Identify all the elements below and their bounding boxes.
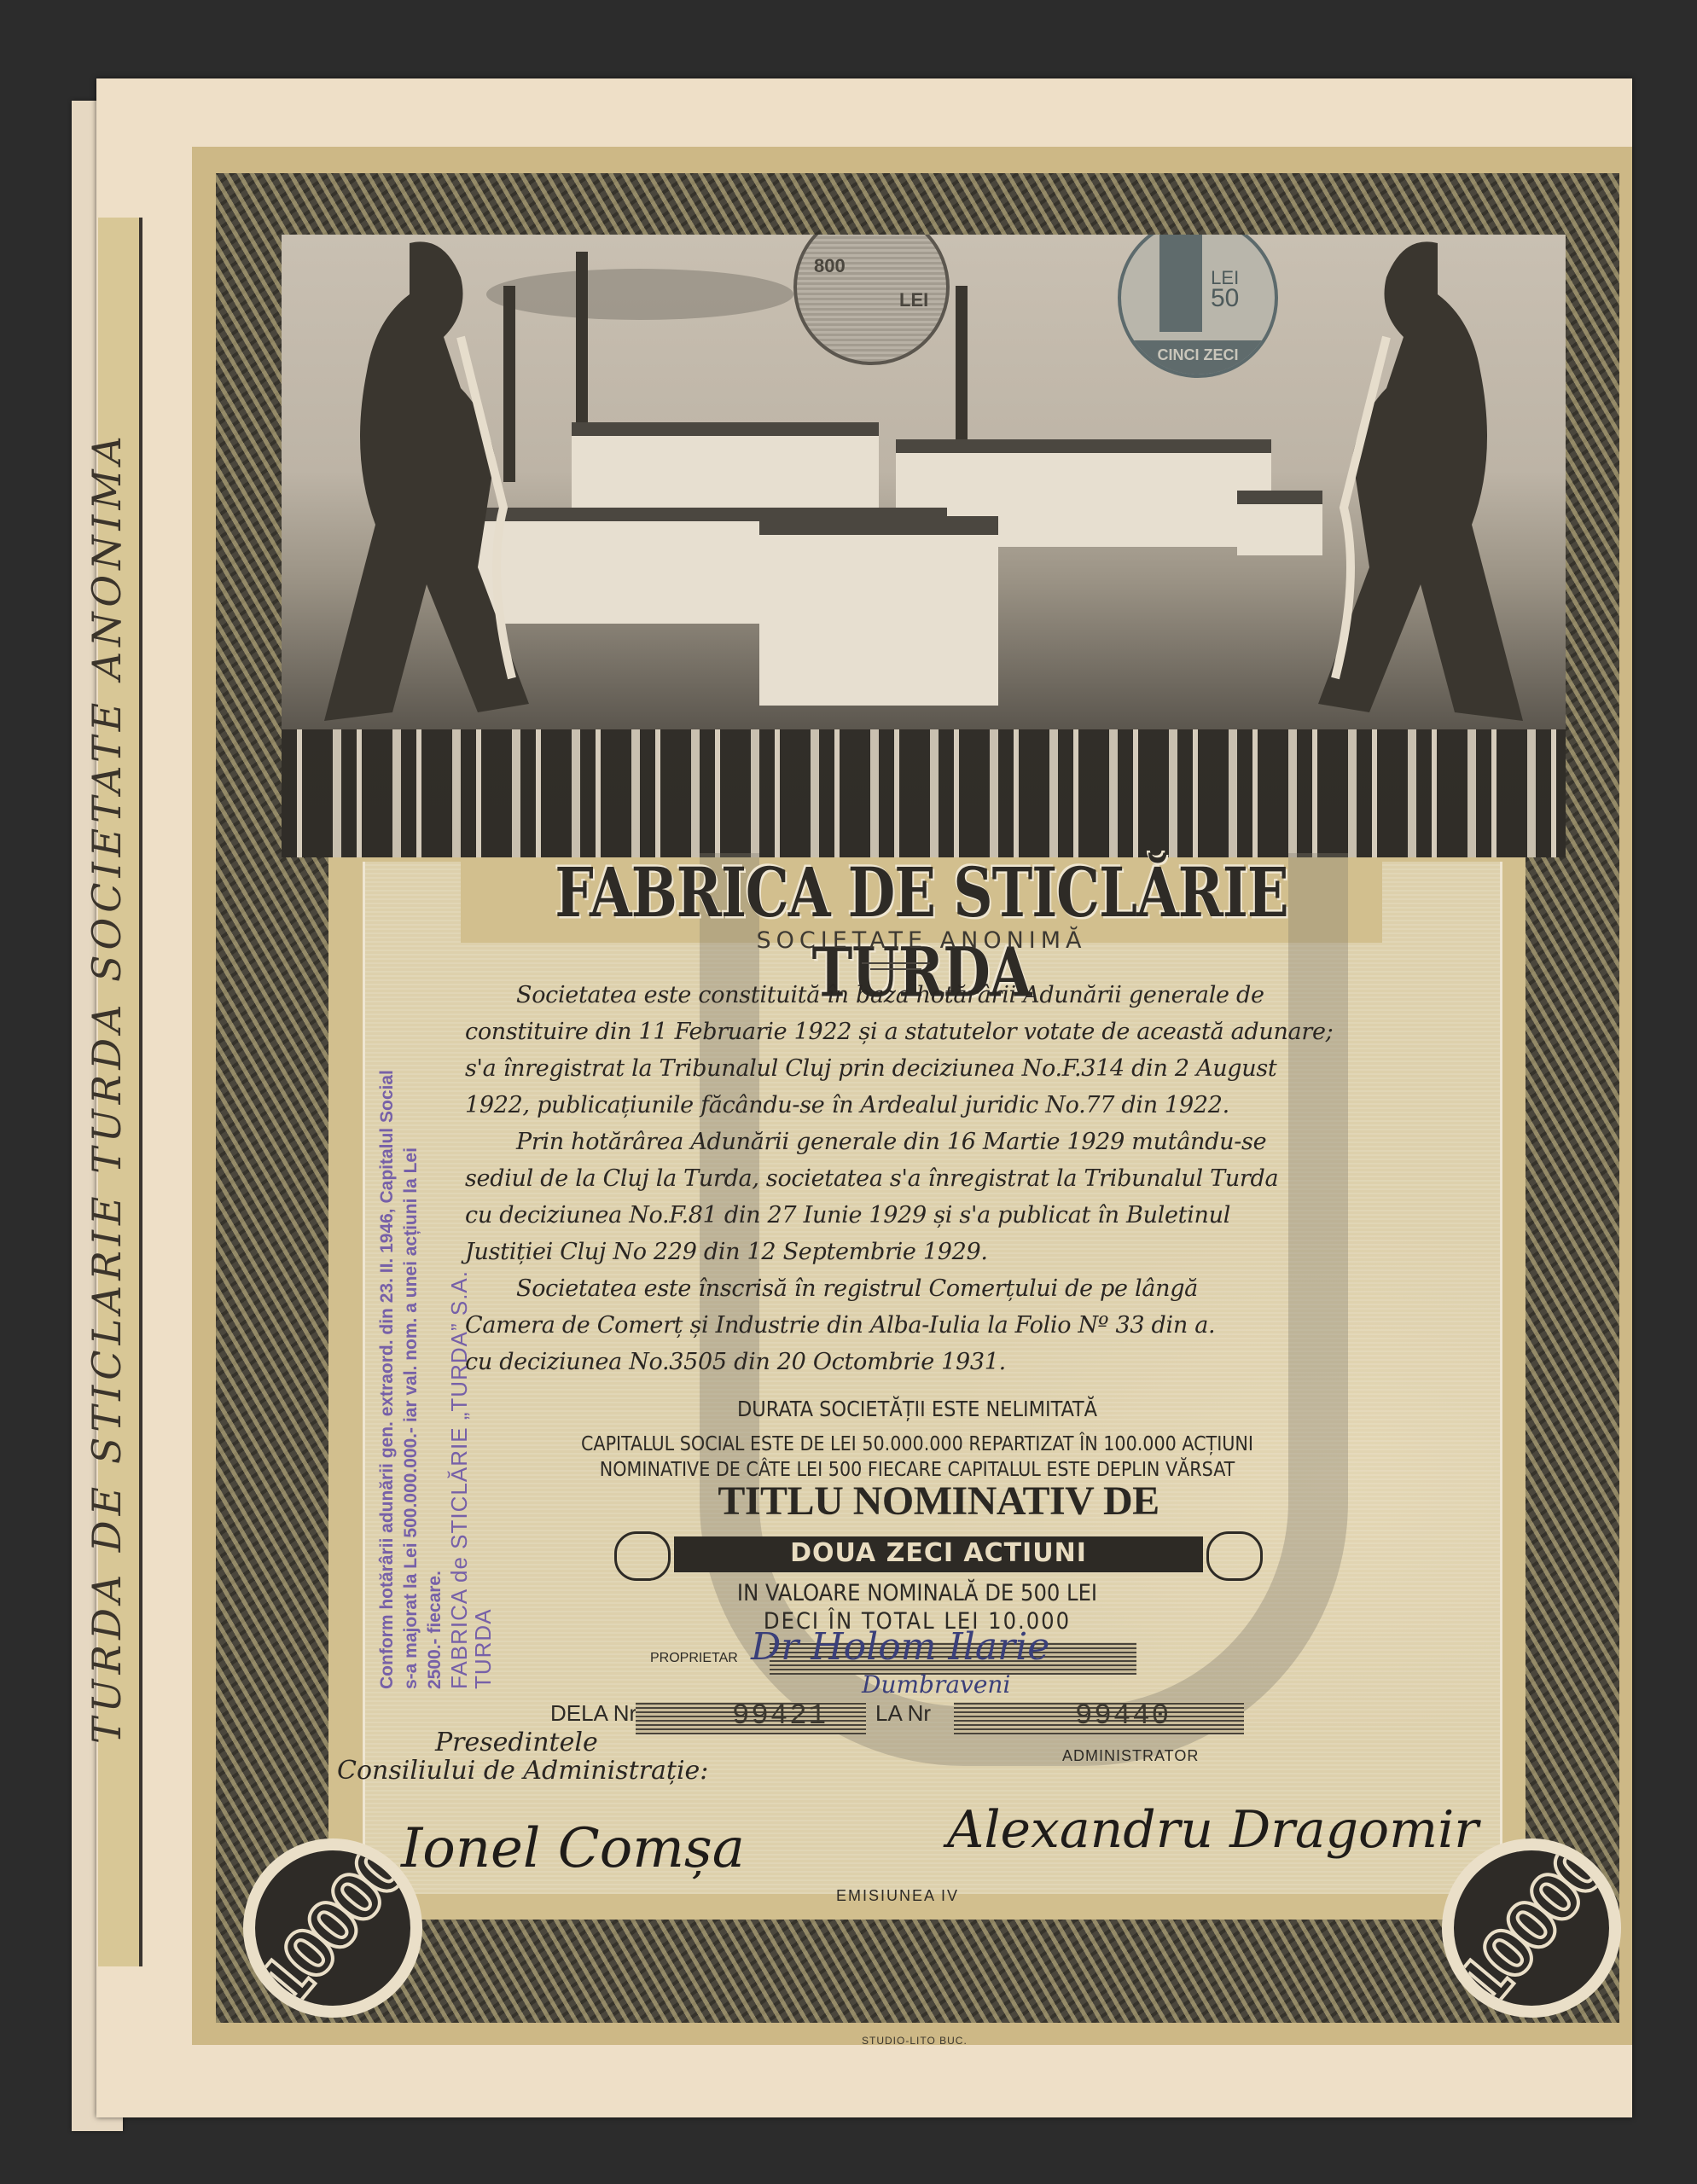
body-line: s'a înregistrat la Tribunalul Cluj prin …: [465, 1052, 1369, 1086]
to-number: 99440: [1075, 1700, 1171, 1733]
owner-name: Dr Holom Ilarie: [751, 1625, 1049, 1669]
statue-icon: [1159, 235, 1202, 332]
emission-label: EMISIUNEA IV: [836, 1887, 959, 1905]
owner-label: PROPRIETAR: [650, 1651, 738, 1666]
share-title: TITLU NOMINATIV DE: [597, 1478, 1280, 1525]
factory-vignette: 800 LEI LEI 50 CINCI ZECI: [282, 235, 1566, 857]
body-line: cu deciziunea No.F.81 din 27 Iunie 1929 …: [465, 1199, 1369, 1233]
factory-main-building: [759, 516, 998, 706]
capital-statement-1: CAPITALUL SOCIAL ESTE DE LEI 50.000.000 …: [465, 1433, 1369, 1455]
denomination-medallion-left: 10000: [243, 1838, 422, 2018]
nominal-value: IN VALOARE NOMINALĂ DE 500 LEI: [465, 1580, 1369, 1606]
president-label: Presedintele: [435, 1728, 598, 1757]
glassware-row: [282, 729, 1566, 857]
administrator-signature: Alexandru Dragomir: [947, 1800, 1479, 1860]
body-line: constituire din 11 Februarie 1922 și a s…: [465, 1015, 1369, 1049]
printer-imprint: STUDIO-LITO BUC.: [862, 2035, 968, 2047]
company-form: SOCIETATE ANONIMĂ: [461, 927, 1382, 954]
owner-place: Dumbraveni: [862, 1670, 1010, 1699]
administrator-label: ADMINISTRATOR: [1062, 1747, 1199, 1765]
medallion-disc: 10000: [255, 1850, 410, 2006]
coin-stamp-800: 800 LEI: [793, 235, 950, 365]
duration-statement: DURATA SOCIETĂȚII ESTE NELIMITATĂ: [465, 1397, 1369, 1421]
stamp-company: FABRICA de STICLĂRIE „TURDA” S.A.: [447, 947, 471, 1689]
from-number: 99421: [732, 1700, 828, 1733]
glassblower-left-icon: [282, 235, 538, 755]
from-label: DELA Nr: [550, 1700, 636, 1727]
coin-value: 800: [814, 255, 846, 277]
stamp-city: TURDA: [471, 947, 495, 1689]
body-line: sediul de la Cluj la Turda, societatea s…: [465, 1162, 1369, 1196]
body-line: Camera de Comerț și Industrie din Alba-I…: [465, 1309, 1369, 1343]
stamp-legend: CINCI ZECI: [1121, 340, 1275, 375]
glassblower-right-icon: [1310, 235, 1566, 755]
body-line: Justiției Cluj No 229 din 12 Septembrie …: [465, 1235, 1369, 1269]
chimney: [956, 286, 968, 439]
body-line: 1922, publicațiunile făcându-se în Ardea…: [465, 1089, 1369, 1123]
medallion-value: 10000: [1454, 1850, 1609, 2006]
stamp-line: s-a majorat la Lei 500.000.000.- iar val…: [399, 947, 423, 1689]
divider: [862, 962, 930, 964]
body-line: cu deciziunea No.3505 din 20 Octombrie 1…: [465, 1345, 1369, 1380]
medallion-disc: 10000: [1454, 1850, 1609, 2006]
denomination-medallion-right: 10000: [1442, 1838, 1621, 2018]
stamp-line: 2500.- fiecare.: [423, 947, 447, 1689]
coin-unit: LEI: [899, 289, 928, 311]
divider: [870, 968, 921, 970]
body-line: Societatea este înscrisă în registrul Co…: [465, 1272, 1421, 1306]
president-label-2: Consiliului de Administrație:: [337, 1756, 708, 1786]
share-count: DOUA ZECI ACTIUNI: [674, 1536, 1203, 1571]
stamp-value: LEI 50: [1211, 268, 1239, 309]
capital-increase-stamp: Conform hotărârii adunării gen. extraord…: [375, 947, 512, 1689]
president-signature: Ionel Comșa: [401, 1817, 745, 1880]
medallion-value: 10000: [255, 1850, 410, 2006]
scroll-ornament-icon: [614, 1531, 671, 1581]
stamp-line: Conform hotărârii adunării gen. extraord…: [375, 947, 399, 1689]
scroll-ornament-icon: [1206, 1531, 1263, 1581]
factory-building: [572, 422, 879, 521]
tax-stamp-50: LEI 50 CINCI ZECI: [1118, 235, 1278, 378]
stamp-number: 50: [1211, 288, 1239, 309]
body-line: Societatea este constituită în baza hotă…: [465, 979, 1421, 1013]
stub-script-text: TURDA DE STICLARIE TURDA SOCIETATE ANONI…: [84, 222, 143, 1954]
body-line: Prin hotărârea Adunării generale din 16 …: [465, 1125, 1421, 1159]
to-label: LA Nr: [875, 1700, 931, 1727]
share-count-banner: DOUA ZECI ACTIUNI: [614, 1531, 1263, 1576]
